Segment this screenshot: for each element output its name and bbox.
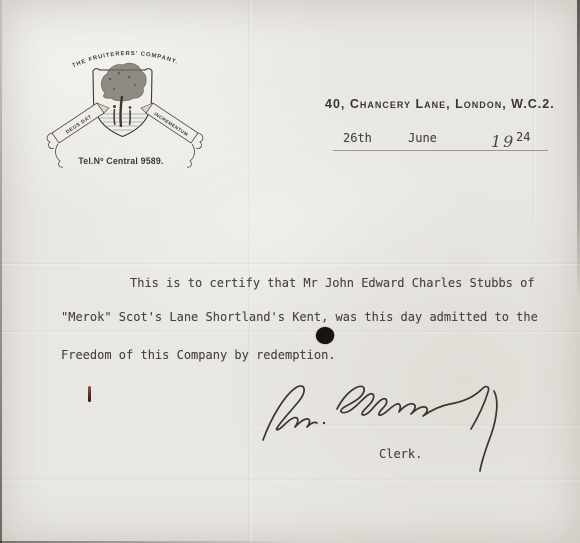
scanned-letter: THE FRUITERERS' COMPANY. xyxy=(0,0,580,543)
date-day: 26th xyxy=(343,131,372,145)
paper-crease-horizontal-2 xyxy=(0,330,580,334)
date-underline xyxy=(333,150,548,151)
ink-blot xyxy=(314,325,336,346)
year-printed-19: 19 xyxy=(491,132,515,151)
body-line-2: "Merok" Scot's Lane Shortland's Kent, wa… xyxy=(61,310,538,324)
paper-crease-vertical-center xyxy=(248,0,252,543)
date-month: June xyxy=(408,131,437,145)
paper-tear-mark xyxy=(88,386,91,402)
clerk-signature xyxy=(253,378,528,478)
tree-trunk xyxy=(120,96,122,127)
paper-crease-horizontal-4 xyxy=(0,478,580,482)
telephone-number: Tel.Nº Central 9589. xyxy=(78,156,163,166)
clerk-title: Clerk. xyxy=(379,447,422,461)
year-typed-24: 24 xyxy=(516,130,530,144)
tree-foliage xyxy=(101,63,146,101)
scan-edge-left xyxy=(0,0,2,543)
body-line-3: Freedom of this Company by redemption. xyxy=(61,348,336,362)
company-address: 40, Chancery Lane, London, W.C.2. xyxy=(325,97,555,111)
body-line-1: This is to certify that Mr John Edward C… xyxy=(130,276,535,290)
paper-crease-horizontal-1 xyxy=(0,262,580,266)
fruiterers-company-crest: THE FRUITERERS' COMPANY. xyxy=(45,47,205,179)
shield-icon xyxy=(93,63,152,136)
